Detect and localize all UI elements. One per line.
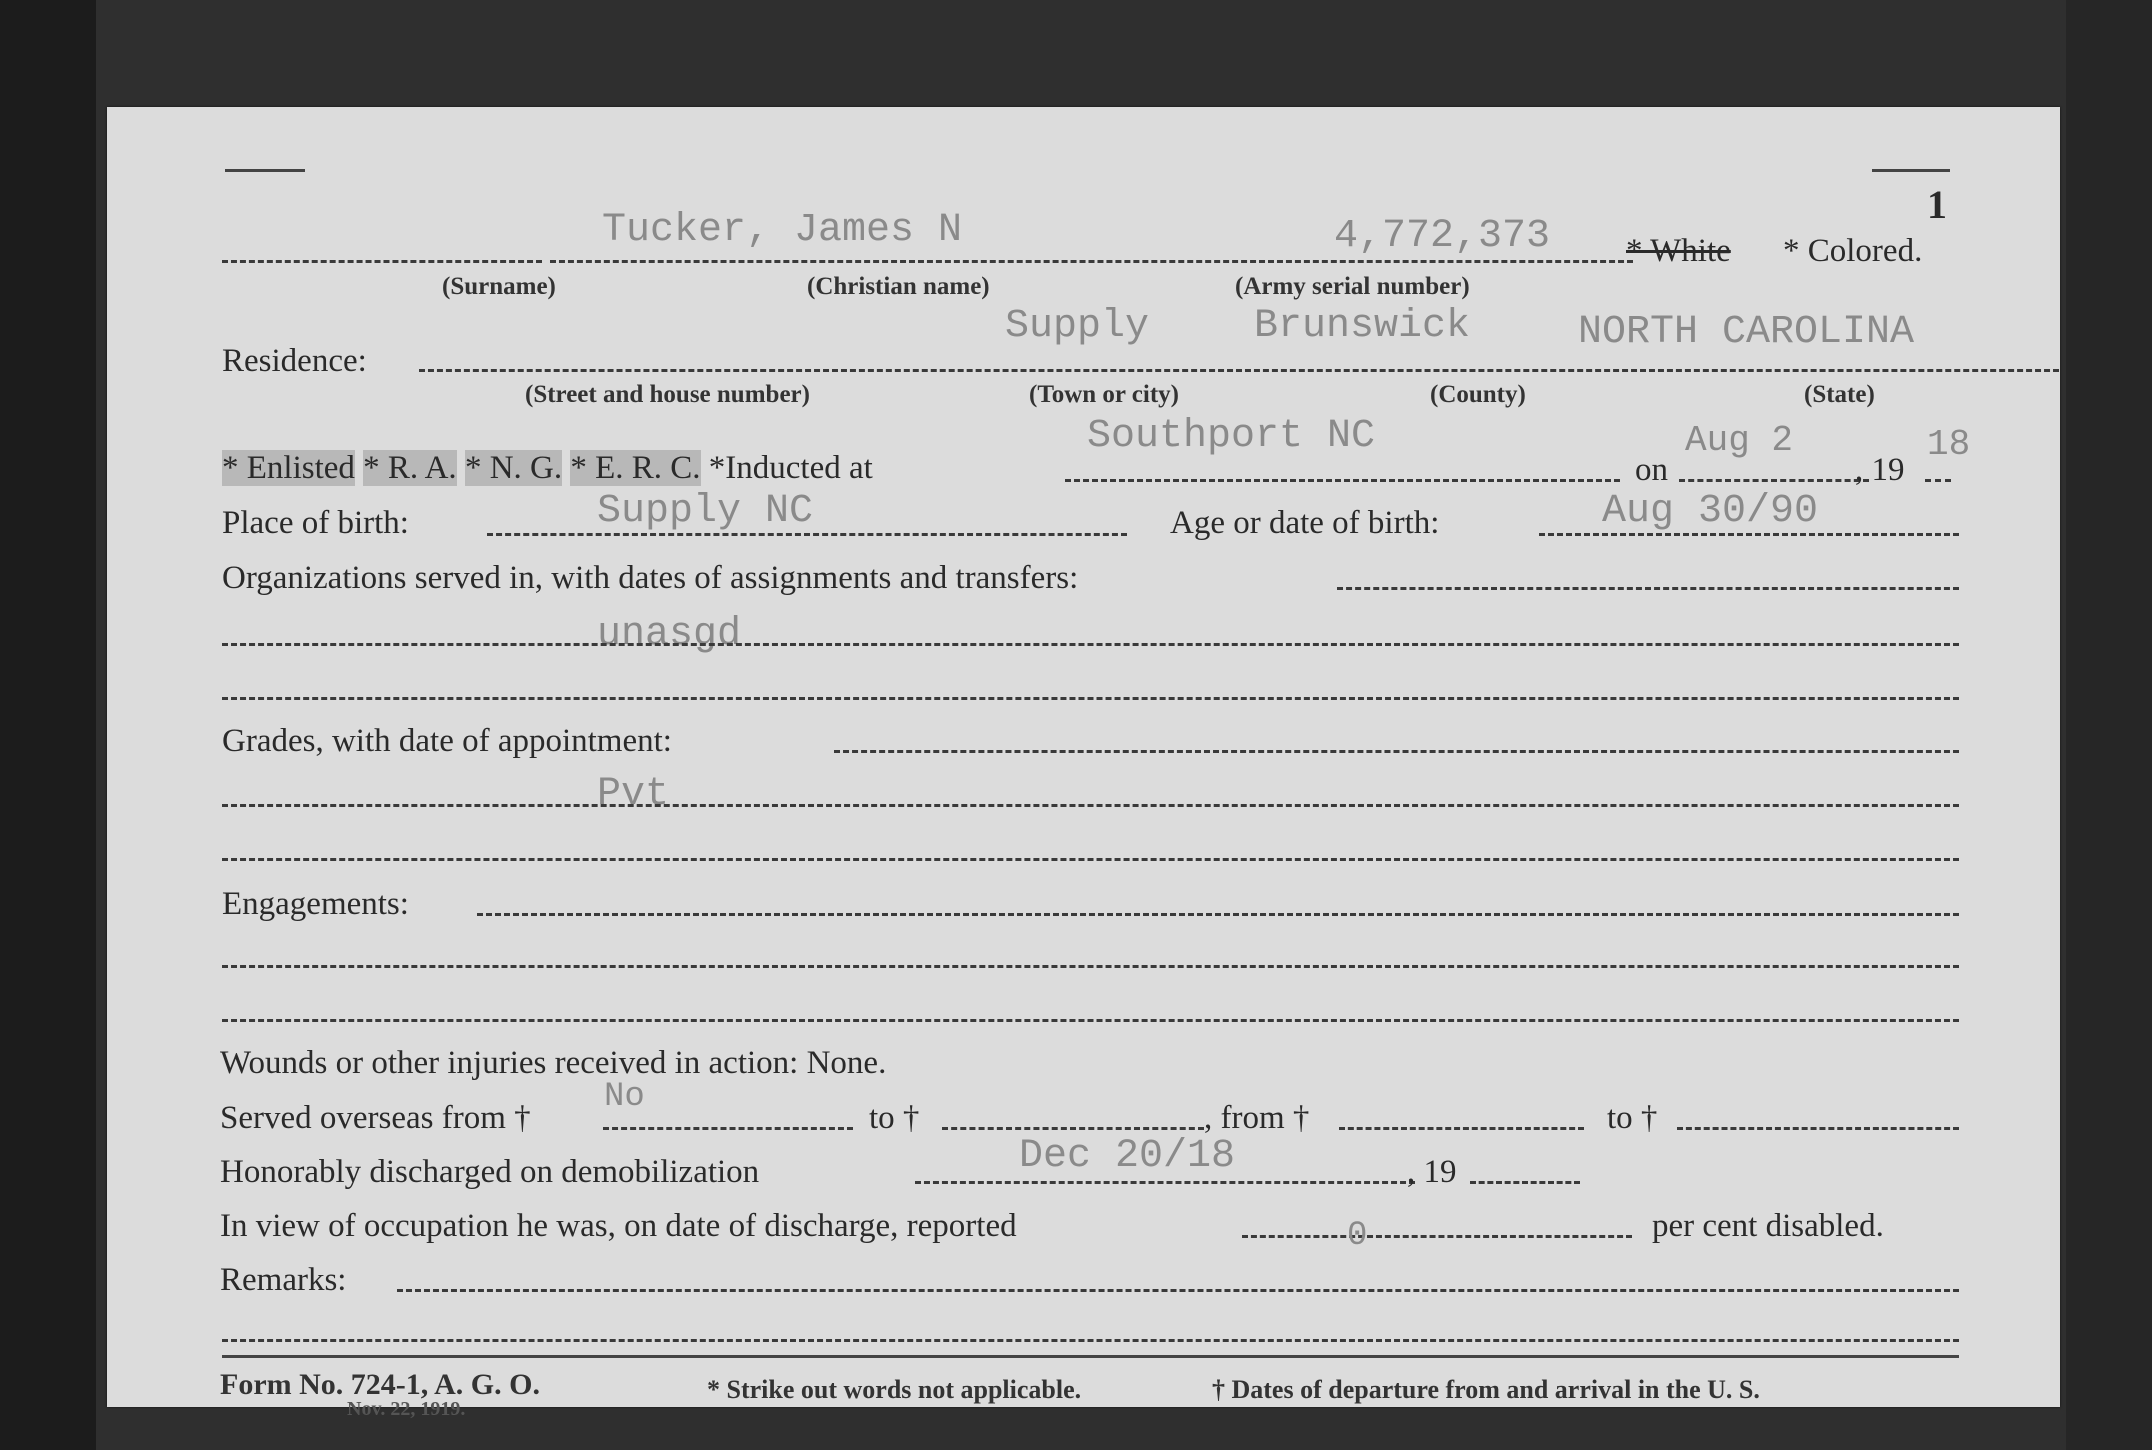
overseas-value: No: [604, 1080, 645, 1114]
discharge-label: Honorably discharged on demobilization: [220, 1156, 759, 1189]
age-label: Age or date of birth:: [1170, 507, 1439, 540]
engagements-line-2: [222, 965, 1959, 968]
race-colored: * Colored.: [1783, 235, 1922, 268]
residence-town-value: Supply: [1005, 307, 1149, 347]
discharge-year-prefix: , 19: [1407, 1156, 1457, 1189]
residence-county-value: Brunswick: [1254, 307, 1470, 347]
overseas-from2-label: , from †: [1204, 1102, 1309, 1135]
form-date: Nov. 22, 1919.: [347, 1399, 465, 1419]
discharge-value: Dec 20/18: [1019, 1137, 1235, 1177]
disability-suffix: per cent disabled.: [1652, 1210, 1884, 1243]
inducted-at-line: [1065, 479, 1620, 482]
organizations-value: unasgd: [597, 615, 741, 655]
inducted-at-label: *Inducted at: [709, 450, 873, 486]
birth-place-line: [487, 533, 1127, 536]
street-label: (Street and house number): [525, 382, 810, 407]
disability-line: [1242, 1235, 1632, 1238]
residence-label: Residence:: [222, 345, 367, 378]
engagements-line-3: [222, 1019, 1959, 1022]
footer-rule: [222, 1355, 1959, 1358]
discharge-year-line: [1470, 1181, 1580, 1184]
year-line: [1925, 479, 1951, 482]
enlisted-option: * Enlisted: [222, 450, 355, 486]
induction-year-value: 18: [1927, 427, 1970, 463]
engagements-line-1: [477, 913, 1959, 916]
grades-line-1: [834, 750, 1959, 753]
remarks-label: Remarks:: [220, 1264, 346, 1297]
on-label: on: [1635, 454, 1668, 487]
year-prefix: , 19: [1855, 454, 1905, 487]
grades-line-3: [222, 858, 1959, 861]
ra-option: * R. A.: [363, 450, 457, 486]
inducted-at-value: Southport NC: [1087, 417, 1375, 457]
overseas-from-label: Served overseas from †: [220, 1102, 531, 1135]
overseas-to-label: to †: [869, 1102, 919, 1135]
grades-line-2: [222, 804, 1959, 807]
overseas-from-line: [603, 1127, 853, 1130]
residence-line: [419, 369, 2059, 372]
surname-label: (Surname): [442, 274, 556, 299]
enlistment-type-options: * Enlisted * R. A. * N. G. * E. R. C. *I…: [222, 452, 873, 485]
town-label: (Town or city): [1029, 382, 1179, 407]
organizations-line-2: [222, 643, 1959, 646]
serial-value: 4,772,373: [1334, 217, 1550, 257]
overseas-to-line: [942, 1127, 1204, 1130]
age-line: [1539, 533, 1959, 536]
discharge-line: [915, 1181, 1415, 1184]
dates-note: † Dates of departure from and arrival in…: [1212, 1377, 1760, 1403]
remarks-line-1: [397, 1289, 1959, 1292]
ng-option: * N. G.: [465, 450, 562, 486]
serial-label: (Army serial number): [1235, 274, 1470, 299]
organizations-line-1: [1337, 587, 1959, 590]
scan-border-left: [0, 0, 96, 1450]
surname-line: [222, 260, 542, 263]
grades-label: Grades, with date of appointment:: [222, 725, 672, 758]
state-label: (State): [1804, 382, 1875, 407]
birth-place-label: Place of birth:: [222, 507, 409, 540]
induction-date-line: [1679, 479, 1869, 482]
remarks-line-2: [222, 1339, 1959, 1342]
birth-date-value: Aug 30/90: [1602, 492, 1818, 532]
organizations-line-3: [222, 697, 1959, 700]
disability-label: In view of occupation he was, on date of…: [220, 1210, 1017, 1243]
corner-rule-right: [1872, 169, 1950, 172]
overseas-to2-label: to †: [1607, 1102, 1657, 1135]
christian-name-label: (Christian name): [807, 274, 990, 299]
race-white: * White: [1626, 235, 1731, 268]
name-value: Tucker, James N: [602, 211, 962, 251]
birth-place-value: Supply NC: [597, 492, 813, 532]
overseas-from2-line: [1339, 1127, 1584, 1130]
wounds-label: Wounds or other injuries received in act…: [220, 1047, 886, 1080]
card-number: 1: [1927, 185, 1947, 225]
strike-note: * Strike out words not applicable.: [707, 1377, 1081, 1403]
county-label: (County): [1430, 382, 1526, 407]
service-record-card: 1 Tucker, James N 4,772,373 * White * Co…: [107, 107, 2060, 1407]
form-number: Form No. 724-1, A. G. O.: [220, 1370, 540, 1400]
engagements-label: Engagements:: [222, 888, 409, 921]
overseas-to2-line: [1677, 1127, 1959, 1130]
corner-rule-left: [225, 169, 305, 172]
residence-state-value: NORTH CAROLINA: [1578, 313, 1914, 353]
erc-option: * E. R. C.: [570, 450, 700, 486]
induction-date-value: Aug 2: [1685, 423, 1793, 459]
white-struck-label: * White: [1626, 233, 1731, 269]
disability-value: 0: [1347, 1219, 1367, 1253]
organizations-label: Organizations served in, with dates of a…: [222, 562, 1078, 595]
scan-border-right: [2066, 0, 2152, 1450]
christian-name-line: [550, 260, 1633, 263]
grades-value: Pvt: [597, 775, 669, 815]
